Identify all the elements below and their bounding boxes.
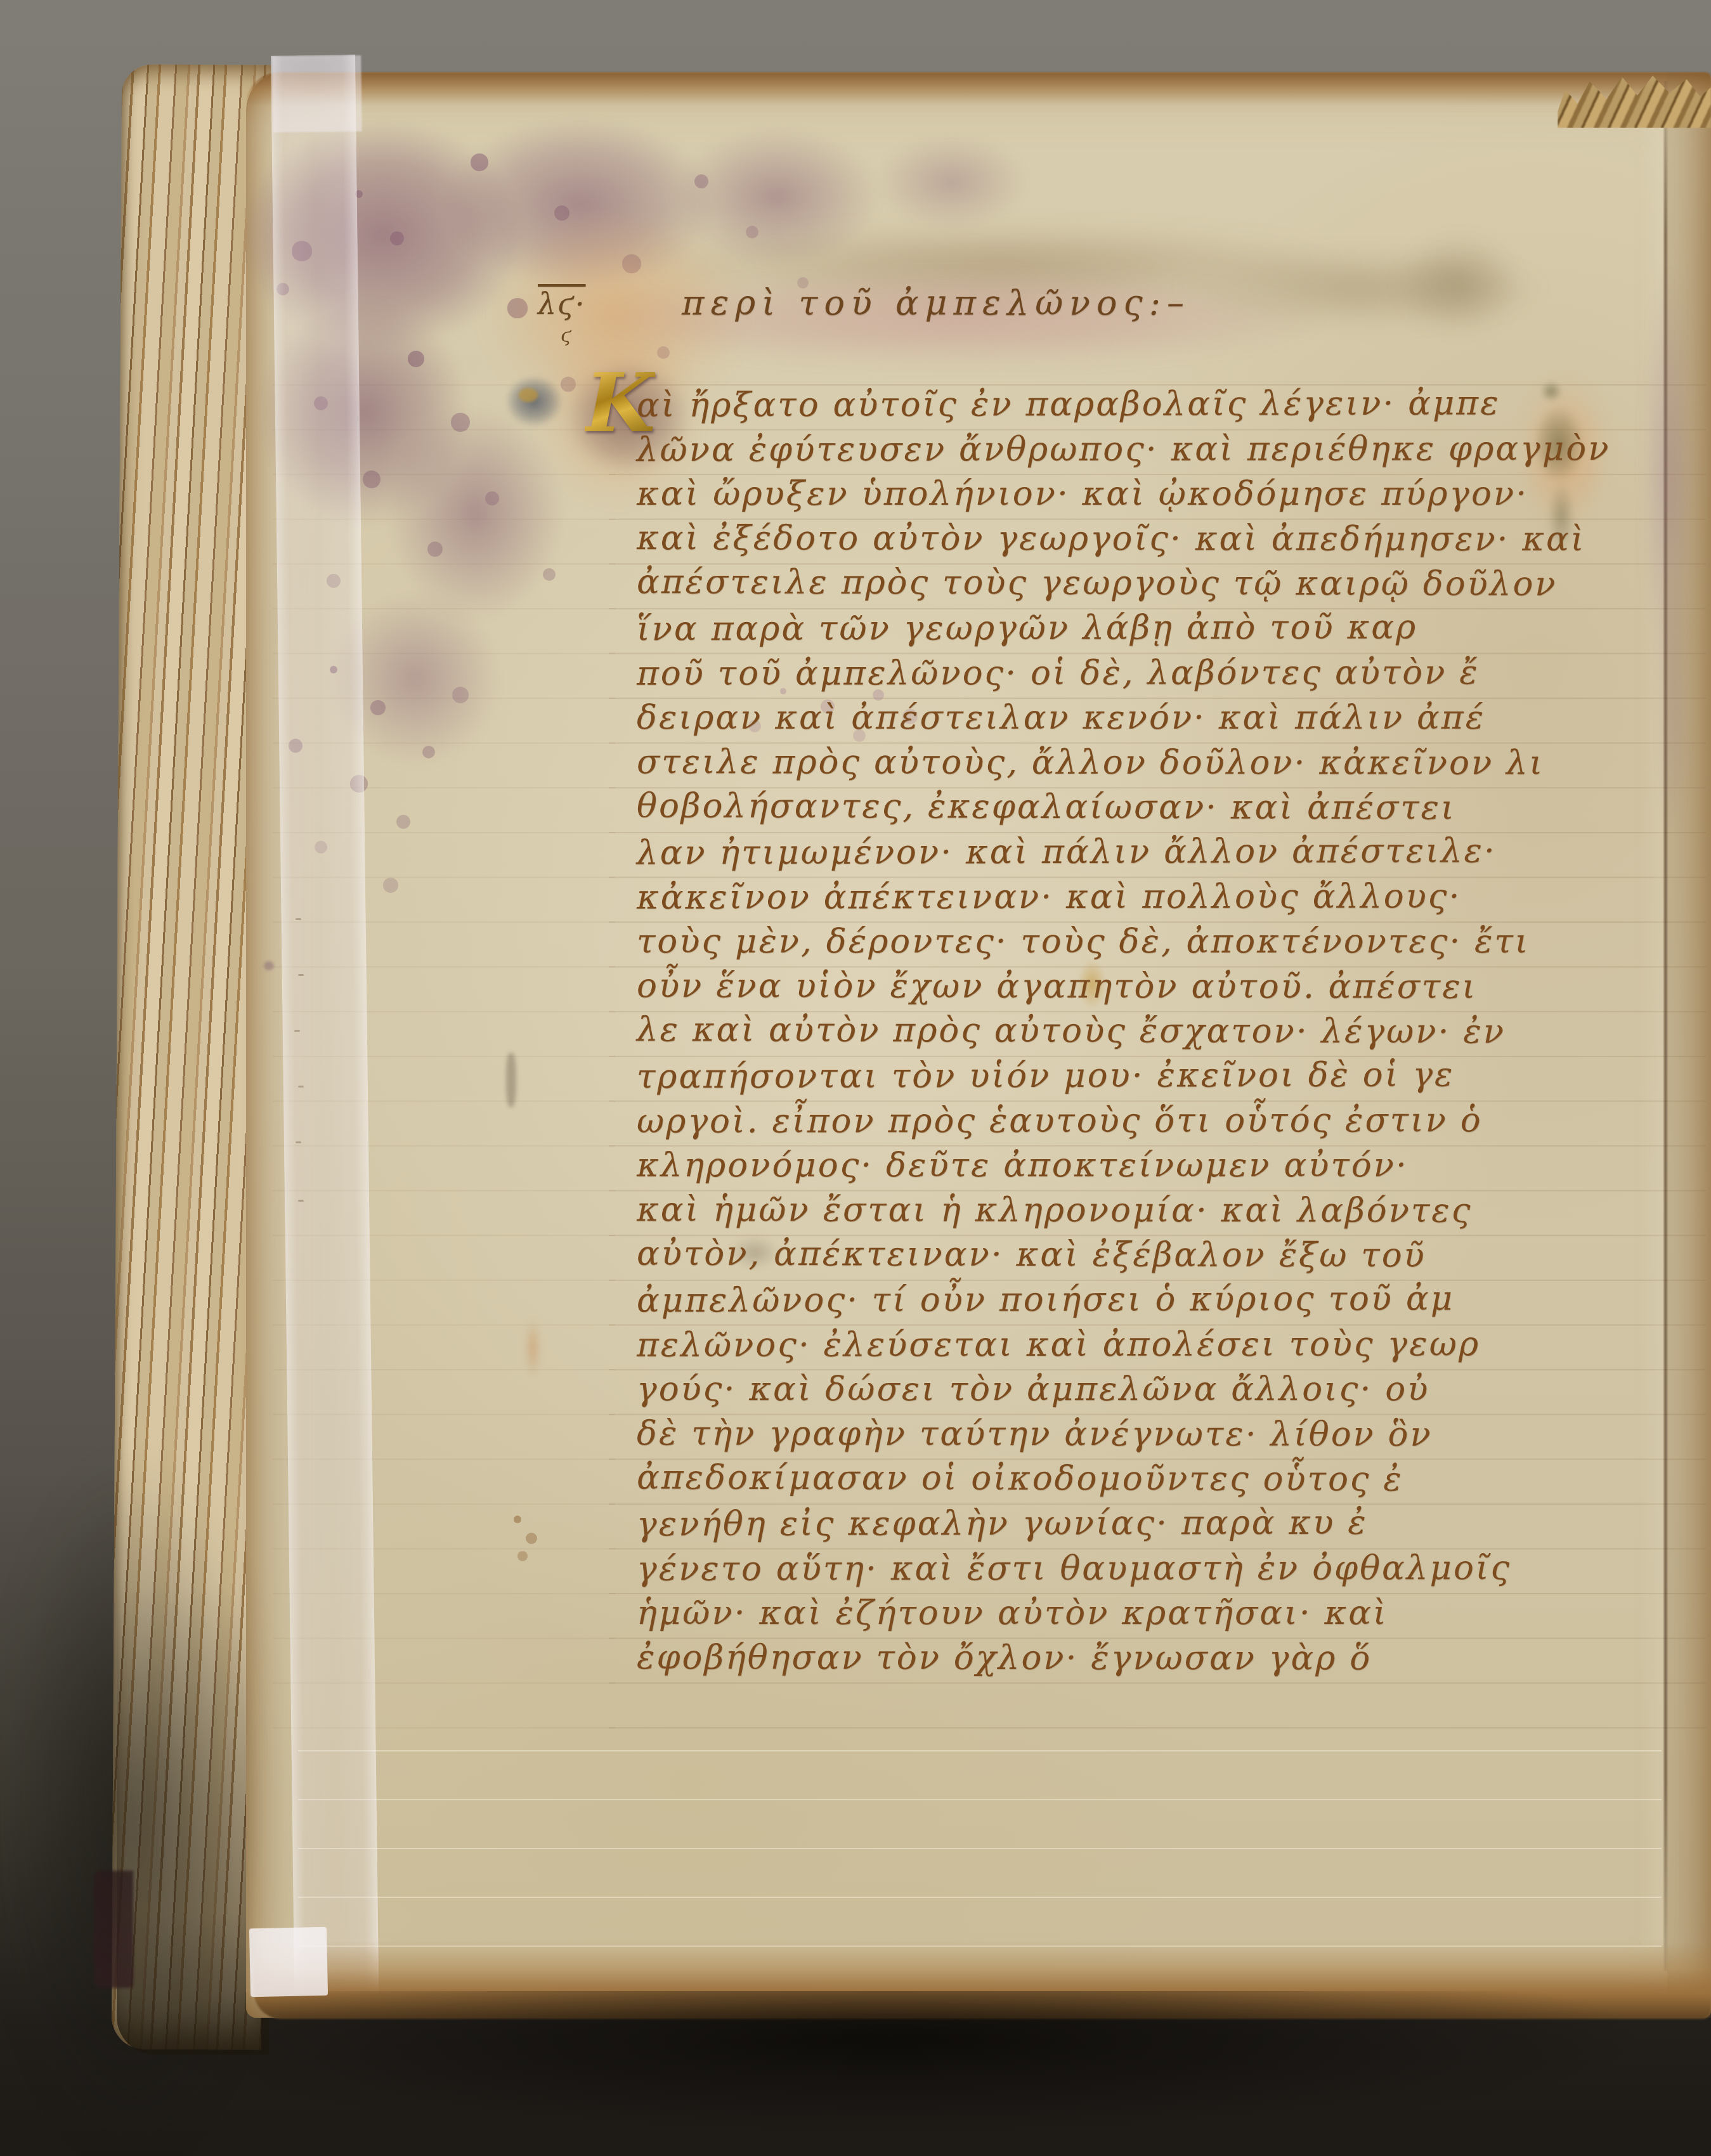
- manuscript-line: γούς· καὶ δώσει τὸν ἀμπελῶνα ἄλλοις· οὐ: [637, 1369, 1429, 1414]
- manuscript-line: δὲ τὴν γραφὴν ταύτην ἀνέγνωτε· λίθον ὃν: [637, 1413, 1433, 1460]
- text-block: αὶ ἤρξατο αὐτοῖς ἐν παραβολαῖς λέγειν· ἀ…: [637, 384, 1626, 1691]
- manuscript-line: ἵνα παρὰ τῶν γεωργῶν λάβῃ ἀπὸ τοῦ καρ: [637, 607, 1417, 654]
- manuscript-line: θοβολήσαντες, ἐκεφαλαίωσαν· καὶ ἀπέστει: [637, 786, 1456, 833]
- manuscript-line: γένετο αὕτη· καὶ ἔστι θαυμαστὴ ἐν ὀφθαλμ…: [637, 1548, 1511, 1594]
- manuscript-line: κἀκεῖνον ἀπέκτειναν· καὶ πολλοὺς ἄλλους·: [637, 876, 1461, 923]
- manuscript-line: τραπήσονται τὸν υἱόν μου· ἐκεῖνοι δὲ οἱ …: [637, 1055, 1455, 1101]
- ruling-lines-lower-blank: [298, 1750, 1662, 1959]
- manuscript-line: δειραν καὶ ἀπέστειλαν κενόν· καὶ πάλιν ἀ…: [637, 698, 1485, 743]
- mold-dot: [264, 961, 274, 970]
- page-top-rim: [246, 72, 1711, 105]
- mold-stain: [875, 134, 1027, 230]
- chapter-number-flourish: ϛ: [561, 325, 571, 347]
- manuscript-line: τοὺς μὲν, δέροντες· τοὺς δὲ, ἀποκτένοντε…: [637, 921, 1530, 966]
- manuscript-line: ἡμῶν· καὶ ἐζήτουν αὐτὸν κρατῆσαι· καὶ: [637, 1593, 1388, 1638]
- manuscript-line: λῶνα ἐφύτευσεν ἄνθρωπος· καὶ περιέθηκε φ…: [637, 429, 1610, 475]
- ornament-offset-stain: [1395, 233, 1522, 335]
- corner-shadow: [0, 1458, 266, 2156]
- gutter-mold-stain: [1659, 571, 1687, 837]
- chapter-number: λϛ·: [538, 287, 586, 321]
- manuscript-line: ωργοὶ. εἶπον πρὸς ἑαυτοὺς ὅτι οὗτός ἐστι…: [637, 1100, 1483, 1146]
- brown-specks: [514, 1516, 521, 1523]
- conservation-tape-end: [249, 1927, 328, 1997]
- manuscript-line: ἀμπελῶνος· τί οὖν ποιήσει ὁ κύριος τοῦ ἀ…: [637, 1278, 1454, 1325]
- initial-offset-stain: [505, 375, 563, 427]
- manuscript-line: πελῶνος· ἐλεύσεται καὶ ἀπολέσει τοὺς γεω…: [637, 1324, 1480, 1370]
- manuscript-line: λαν ἠτιμωμένον· καὶ πάλιν ἄλλον ἀπέστειλ…: [637, 831, 1497, 878]
- manuscript-line: καὶ ἡμῶν ἔσται ἡ κληρονομία· καὶ λαβόντε…: [637, 1190, 1472, 1236]
- page-title: περὶ τοῦ ἀμπελῶνος:–: [682, 283, 1190, 323]
- manuscript-line: αὶ ἤρξατο αὐτοῖς ἐν παραβολαῖς λέγειν· ἀ…: [637, 383, 1500, 430]
- manuscript-line: στειλε πρὸς αὐτοὺς, ἄλλον δοῦλον· κἀκεῖν…: [637, 742, 1544, 788]
- manuscript-line: οὖν ἕνα υἱὸν ἔχων ἀγαπητὸν αὐτοῦ. ἀπέστε…: [637, 966, 1477, 1012]
- manuscript-line: καὶ ὤρυξεν ὑπολήνιον· καὶ ᾠκοδόμησε πύργ…: [637, 474, 1528, 519]
- manuscript-line: αὐτὸν, ἀπέκτειναν· καὶ ἐξέβαλον ἔξω τοῦ: [637, 1234, 1426, 1281]
- manuscript-line: ἀπέστειλε πρὸς τοὺς γεωργοὺς τῷ καιρῷ δο…: [637, 562, 1558, 610]
- manuscript-line: ἀπεδοκίμασαν οἱ οἰκοδομοῦντες οὗτος ἐ: [637, 1458, 1403, 1505]
- margin-smudge: [506, 1053, 516, 1107]
- gold-fleck: [519, 388, 538, 402]
- manuscript-line: ἐφοβήθησαν τὸν ὄχλον· ἔγνωσαν γὰρ ὅ: [637, 1637, 1372, 1683]
- orange-streak: [524, 1318, 542, 1379]
- manuscript-line: ποῦ τοῦ ἀμπελῶνος· οἱ δὲ, λαβόντες αὐτὸν…: [637, 653, 1480, 699]
- manuscript-line: κληρονόμος· δεῦτε ἀποκτείνωμεν αὐτόν·: [637, 1145, 1408, 1190]
- manuscript-line: καὶ ἐξέδοτο αὐτὸν γεωργοῖς· καὶ ἀπεδήμησ…: [637, 518, 1586, 564]
- conservation-tape-top: [272, 55, 361, 133]
- manuscript-line: γενήθη εἰς κεφαλὴν γωνίας· παρὰ κυ ἐ: [637, 1503, 1368, 1550]
- manuscript-photo: { "page": { "chapter_number": "λϛ·", "ch…: [0, 0, 1711, 2156]
- manuscript-line: λε καὶ αὐτὸν πρὸς αὐτοὺς ἔσχατον· λέγων·…: [637, 1010, 1506, 1057]
